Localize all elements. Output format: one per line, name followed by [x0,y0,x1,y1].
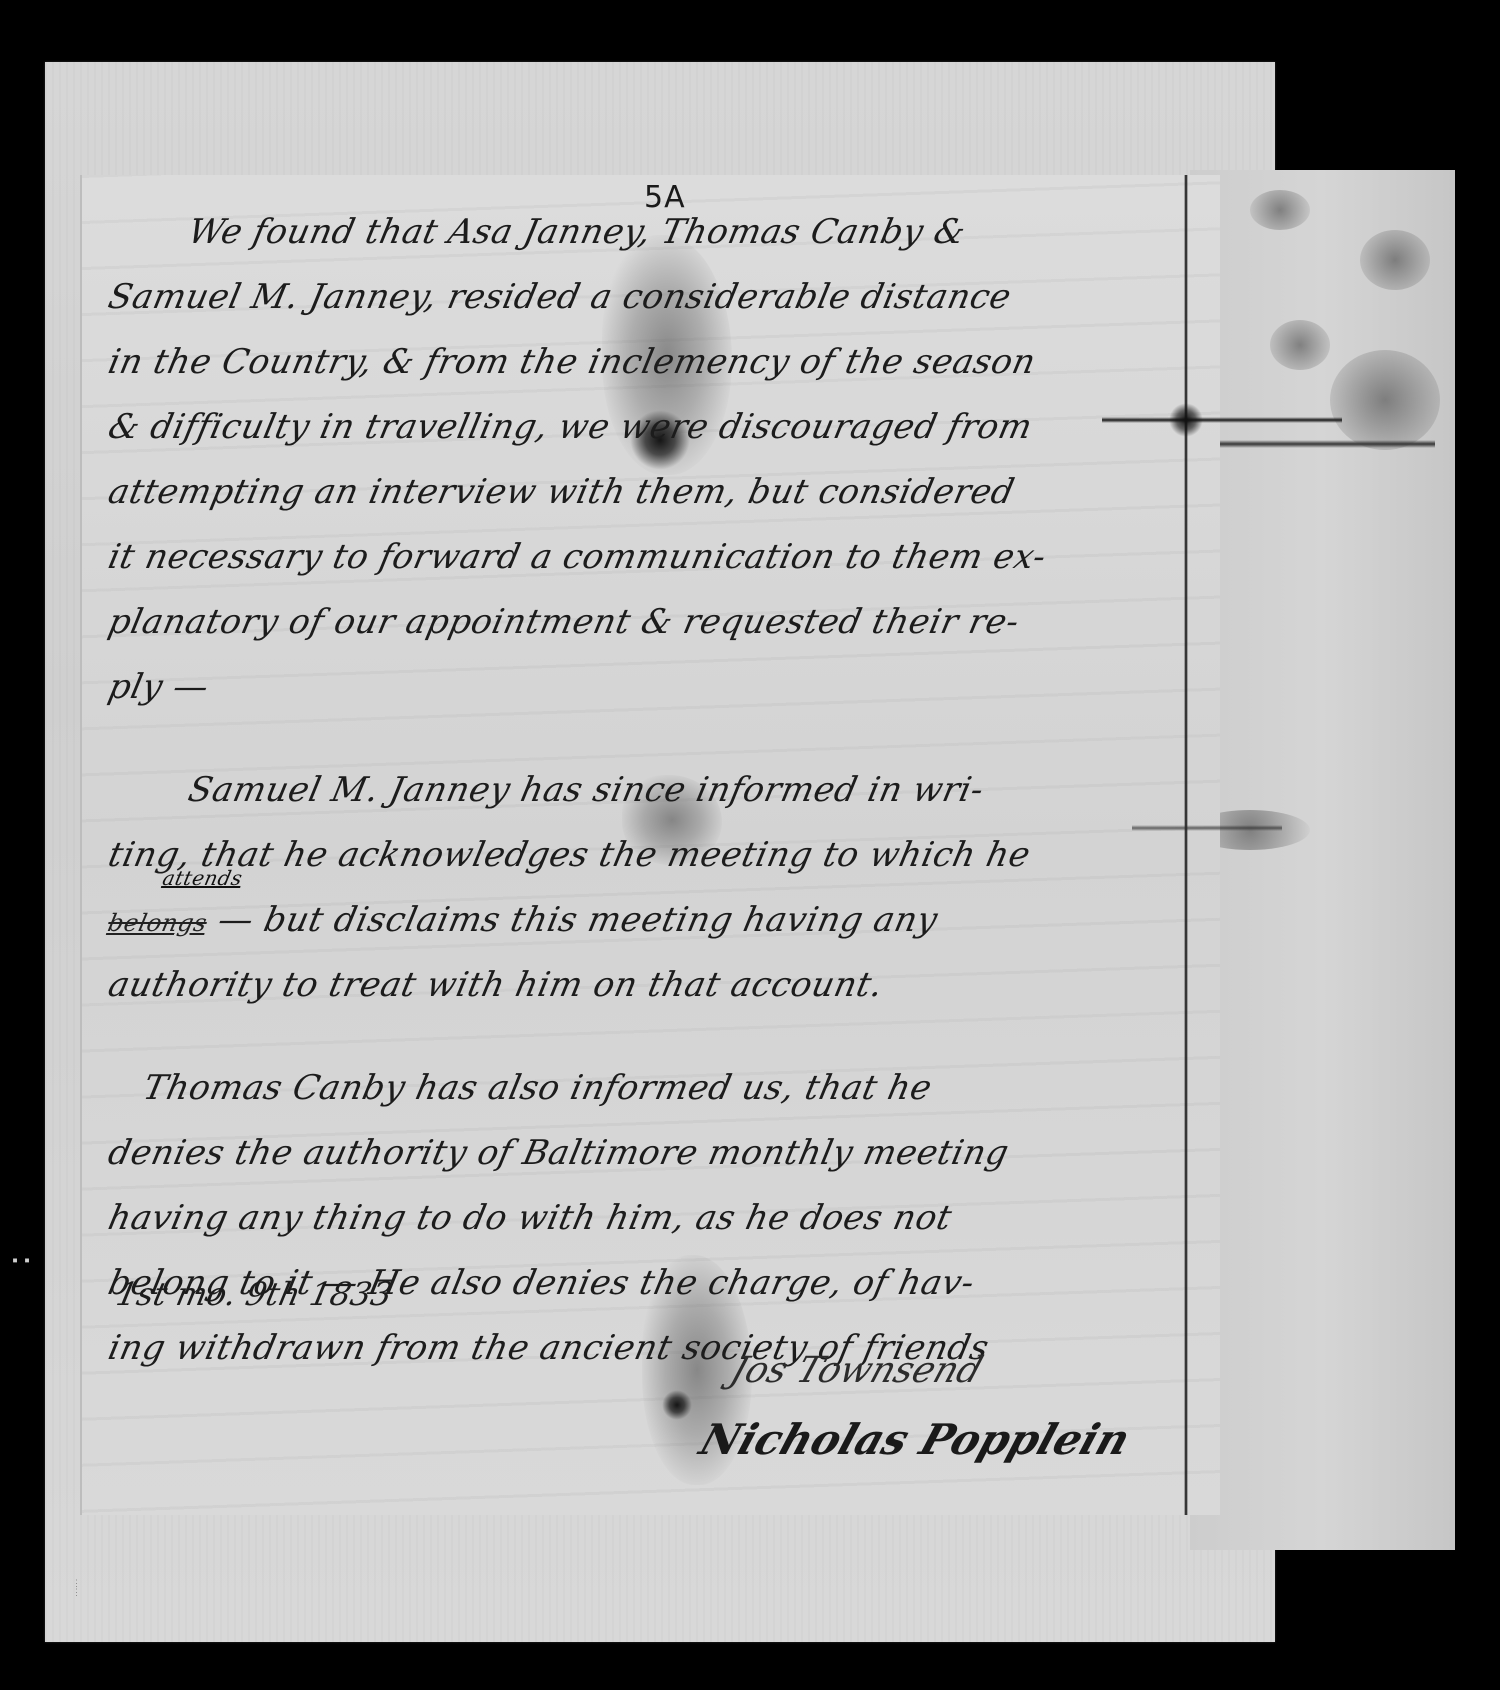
text-line: We found that Asa Janney, Thomas Canby & [102,200,1196,265]
text-line: planatory of our appointment & requested… [102,590,1196,655]
ink-blot [662,1390,692,1420]
text-line: Samuel M. Janney, resided a considerable… [102,265,1196,330]
signature-popplein: Nicholas Popplein [694,1415,1136,1464]
signature-townsend: Jos Townsend [725,1350,987,1391]
text-line-remainder: — but disclaims this meeting having any [214,900,941,940]
folded-cover-flap [1190,170,1455,1550]
text-line: & difficulty in travelling, we were disc… [102,395,1196,460]
flap-stain [1270,320,1330,370]
text-line-with-correction: attends belongs — but disclaims this mee… [102,888,1196,953]
archive-edge-marks: ⋮⋮ [72,1580,81,1598]
text-line: Thomas Canby has also informed us, that … [102,1056,1196,1121]
interlinear-insertion: attends [161,868,245,888]
letter-body: We found that Asa Janney, Thomas Canby &… [102,200,1182,1381]
letter-page: 5A We found that Asa Janney, Thomas Canb… [80,175,1220,1515]
flap-stain [1250,190,1310,230]
text-line: having any thing to do with him, as he d… [102,1186,1196,1251]
text-line: it necessary to forward a communication … [102,525,1196,590]
text-line: in the Country, & from the inclemency of… [102,330,1196,395]
text-line: authority to treat with him on that acco… [102,953,1196,1018]
text-line: denies the authority of Baltimore monthl… [102,1121,1196,1186]
scan-edge-marks: ▪ ▪ [12,1255,30,1266]
flap-stain [1360,230,1430,290]
struck-word: belongs [105,909,209,937]
text-line: ing withdrawn from the ancient society o… [102,1316,1196,1381]
text-line: attempting an interview with them, but c… [102,460,1196,525]
text-line: ting, that he acknowledges the meeting t… [102,823,1196,888]
letter-date: 1st mo. 9th 1833 [113,1275,396,1313]
flap-stain [1330,350,1440,450]
text-line: Samuel M. Janney has since informed in w… [102,758,1196,823]
text-line: ply — [102,655,1196,720]
